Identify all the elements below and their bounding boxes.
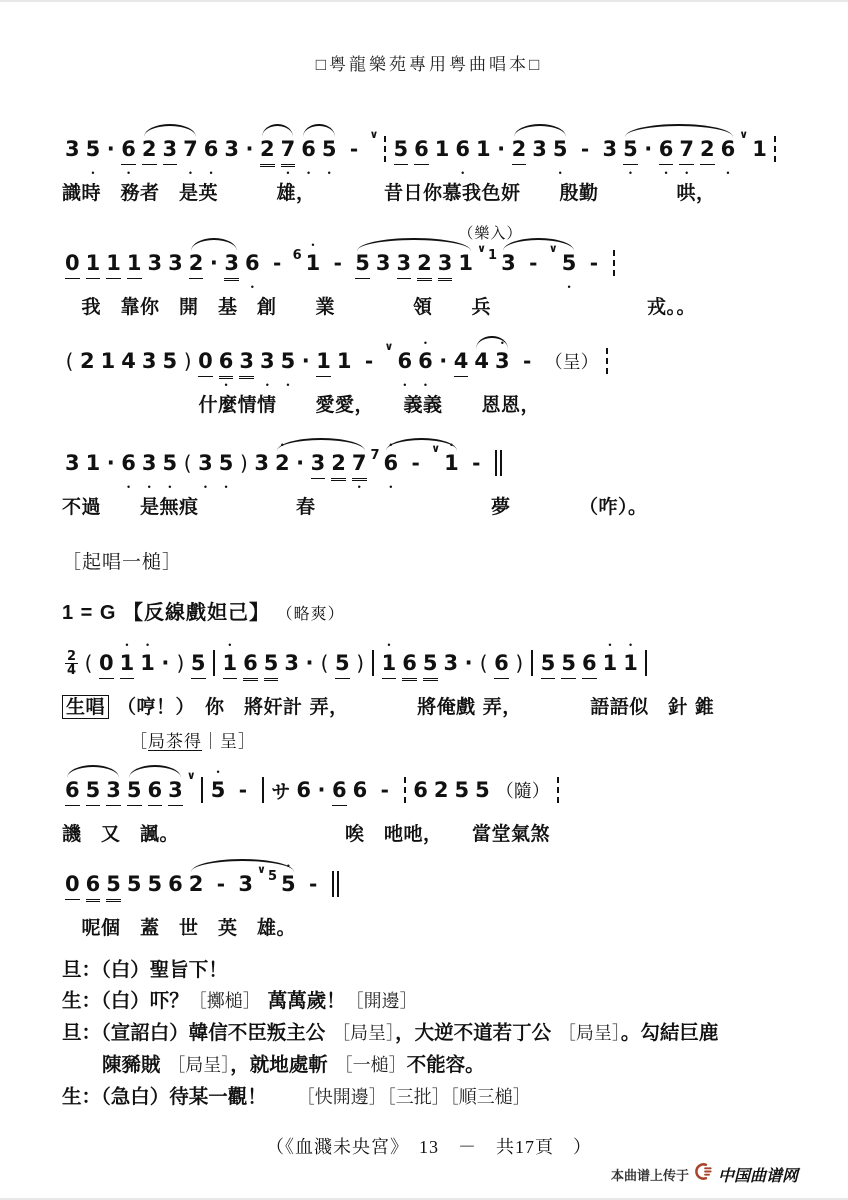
duration-underline bbox=[99, 676, 114, 683]
note: 6 bbox=[332, 767, 347, 820]
slur-group: 6•5• bbox=[298, 126, 339, 179]
octave-dot-below: • bbox=[726, 169, 729, 179]
note-glyph: 1 bbox=[106, 250, 121, 276]
notation-row-7: 0655562-3∨5•5- bbox=[62, 858, 796, 914]
stage-direction: ［快開邊］［三批］［順三槌］ bbox=[306, 1087, 531, 1107]
duration-underline bbox=[603, 676, 618, 683]
duration-underline bbox=[301, 374, 310, 381]
note: 5 bbox=[163, 338, 178, 391]
note: 2 bbox=[80, 338, 95, 391]
dash-note: - bbox=[343, 126, 366, 179]
grace-note: 6 bbox=[293, 237, 302, 280]
octave-dot-below: • bbox=[389, 483, 392, 493]
note: 3 bbox=[148, 240, 163, 293]
note-glyph: 5 bbox=[322, 136, 337, 162]
duration-underline bbox=[176, 676, 185, 683]
music-line-4: 31·6•3•5•(3•5•)3•2·327•7•6•-∨•1- 不過 是無痕 … bbox=[62, 437, 796, 523]
grace-note: 7 bbox=[371, 437, 380, 480]
note-glyph: 6 bbox=[414, 136, 429, 162]
note: 5 bbox=[561, 640, 576, 693]
duration-underline bbox=[549, 261, 558, 268]
octave-dot-below: • bbox=[224, 381, 227, 391]
note-glyph: 7 bbox=[183, 136, 198, 162]
note-glyph: 3 bbox=[224, 250, 239, 276]
note-glyph: 1 bbox=[306, 250, 321, 276]
note: 1 bbox=[476, 126, 491, 179]
duration-underline bbox=[355, 276, 370, 283]
duration-underline bbox=[260, 803, 265, 810]
note-glyph: 3 bbox=[495, 348, 510, 374]
duration-underline bbox=[532, 162, 547, 169]
note: 3 bbox=[284, 640, 299, 693]
note: · bbox=[245, 126, 254, 179]
note: ( bbox=[320, 640, 329, 693]
note-glyph: · bbox=[245, 136, 254, 162]
slur-group: •6•-∨•1 bbox=[381, 440, 462, 493]
watermark-prefix: 本曲谱上传于 bbox=[611, 1165, 689, 1184]
cue2-open: ［ bbox=[130, 732, 148, 751]
duration-underline bbox=[65, 276, 80, 283]
note-glyph: 5 bbox=[163, 348, 178, 374]
duration-underline bbox=[465, 476, 488, 483]
octave-dot-above: • bbox=[311, 240, 314, 250]
note: 1 bbox=[101, 338, 116, 391]
note-glyph: 5 bbox=[86, 777, 101, 803]
note: 6• bbox=[455, 126, 470, 179]
duration-underline bbox=[515, 676, 524, 683]
note-glyph: 6 bbox=[245, 250, 260, 276]
notation-row-1: 35•·6•237•6•3·27•6•5•-∨5616•1·235•-35•·6… bbox=[62, 123, 796, 179]
duration-underline bbox=[316, 374, 331, 381]
inline-cue: （呈） bbox=[545, 338, 599, 391]
duration-underline bbox=[284, 676, 299, 683]
dialogue-line: 旦：（白）聖旨下！ bbox=[62, 954, 796, 985]
duration-underline bbox=[455, 803, 470, 810]
note: · bbox=[106, 440, 115, 493]
note-glyph: 6 bbox=[168, 871, 183, 897]
duration-underline bbox=[530, 676, 535, 683]
duration-underline bbox=[644, 162, 653, 169]
dash-note: - bbox=[358, 338, 381, 391]
cue2-close: ］ bbox=[238, 732, 256, 751]
note: 0 bbox=[198, 338, 213, 391]
role-box-shengchang: 生唱 bbox=[62, 695, 109, 719]
duration-underline bbox=[434, 803, 449, 810]
duration-underline bbox=[121, 374, 136, 381]
note-glyph: 5 bbox=[562, 250, 577, 276]
note-glyph: 0 bbox=[65, 871, 80, 897]
note-glyph: 6 bbox=[121, 450, 136, 476]
music-line-5: 24(0•1•1·)5•1653·(5)•1653·(6)556•1•1 生唱（… bbox=[62, 637, 796, 723]
dashed-barline bbox=[611, 240, 616, 293]
note-glyph: · bbox=[317, 777, 326, 803]
note-glyph: 5 bbox=[355, 250, 370, 276]
stage-direction: ［一槌］ bbox=[335, 1055, 407, 1075]
octave-dot-above: • bbox=[125, 640, 128, 650]
duration-underline bbox=[497, 162, 506, 169]
breath-mark: ∨ bbox=[549, 225, 558, 278]
note: ) bbox=[176, 640, 185, 693]
note-glyph: 6 bbox=[418, 348, 433, 374]
duration-underline bbox=[644, 676, 649, 683]
duration-underline bbox=[335, 676, 350, 683]
duration-underline bbox=[106, 276, 121, 283]
duration-underline bbox=[239, 374, 254, 381]
duration-underline bbox=[65, 374, 74, 381]
octave-dot-below: • bbox=[251, 283, 254, 293]
note-glyph: 2 bbox=[700, 136, 715, 162]
breath-mark: ∨ bbox=[370, 111, 379, 164]
note: · bbox=[301, 338, 310, 391]
inline-cue: （隨） bbox=[496, 767, 550, 820]
octave-dot-above: • bbox=[228, 640, 231, 650]
duration-underline bbox=[168, 897, 183, 904]
note-glyph: 6 bbox=[402, 650, 417, 676]
barline bbox=[644, 640, 649, 693]
duration-underline bbox=[127, 897, 142, 904]
duration-underline bbox=[187, 788, 196, 795]
duration-underline bbox=[80, 374, 95, 381]
note-glyph: 5 bbox=[148, 871, 163, 897]
note-glyph: 7 bbox=[352, 450, 367, 476]
note-glyph: 3 bbox=[168, 777, 183, 803]
note-glyph: 6 bbox=[413, 777, 428, 803]
note-glyph: 6 bbox=[398, 348, 413, 374]
note-glyph: - bbox=[522, 250, 545, 276]
octave-dot-below: • bbox=[685, 169, 688, 179]
duration-underline bbox=[189, 897, 204, 904]
duration-underline bbox=[394, 162, 409, 169]
note: 6• bbox=[121, 440, 136, 493]
note-glyph: 3 bbox=[239, 348, 254, 374]
duration-underline bbox=[343, 162, 366, 169]
octave-dot-below: • bbox=[168, 483, 171, 493]
octave-dot-above: • bbox=[629, 640, 632, 650]
ts-denominator: 4 bbox=[67, 665, 76, 676]
note: 5 bbox=[455, 767, 470, 820]
duration-underline bbox=[183, 476, 192, 483]
barline bbox=[212, 640, 217, 693]
duration-underline bbox=[317, 803, 326, 810]
slur-group: 2·3 bbox=[186, 240, 242, 293]
note-glyph bbox=[383, 136, 388, 162]
note-glyph: 6 bbox=[219, 348, 234, 374]
duration-underline bbox=[574, 162, 597, 169]
duration-underline bbox=[397, 276, 412, 283]
note: · bbox=[497, 126, 506, 179]
duration-underline bbox=[223, 676, 238, 683]
note: 1 bbox=[337, 338, 352, 391]
duration-underline bbox=[331, 897, 341, 904]
note: •1 bbox=[306, 240, 321, 293]
note: ( bbox=[65, 338, 74, 391]
note-glyph: （呈） bbox=[545, 348, 599, 374]
note-glyph: 3 bbox=[260, 348, 275, 374]
note: 5• bbox=[281, 338, 296, 391]
note-glyph: 1 bbox=[435, 136, 450, 162]
note-glyph: 1 bbox=[382, 650, 397, 676]
dashed-barline bbox=[773, 126, 778, 179]
note: 2 bbox=[434, 767, 449, 820]
note-glyph: 5 bbox=[475, 777, 490, 803]
duration-underline bbox=[200, 803, 205, 810]
duration-underline bbox=[444, 676, 459, 683]
dash-note: - bbox=[465, 440, 488, 493]
breath-mark: ∨ bbox=[257, 846, 266, 899]
note: 4 bbox=[121, 338, 136, 391]
dashed-barline bbox=[605, 338, 610, 391]
note-glyph: 6 bbox=[353, 777, 368, 803]
note: 6 bbox=[243, 640, 258, 693]
note: 3• bbox=[198, 440, 213, 493]
spoken-text: （白）聖旨下！ bbox=[101, 958, 228, 981]
note-glyph: ) bbox=[176, 650, 185, 676]
duration-underline bbox=[370, 147, 379, 154]
note-glyph: 2 bbox=[80, 348, 95, 374]
duration-underline bbox=[439, 374, 448, 381]
final-barline bbox=[494, 440, 504, 493]
spoken-text: 萬萬歲！ bbox=[261, 989, 346, 1012]
note-glyph bbox=[371, 650, 376, 676]
note: · bbox=[106, 126, 115, 179]
duration-underline bbox=[541, 676, 556, 683]
note: 1 bbox=[435, 126, 450, 179]
note-glyph: · bbox=[296, 450, 305, 476]
duration-underline bbox=[458, 276, 473, 283]
note-glyph: · bbox=[301, 348, 310, 374]
cue2-rest: 呈 bbox=[220, 732, 238, 751]
note-glyph: 5 bbox=[268, 868, 277, 884]
note-glyph: · bbox=[209, 250, 218, 276]
note: ( bbox=[84, 640, 93, 693]
watermark-site-name: 中国曲谱网 bbox=[718, 1163, 798, 1186]
note-glyph: 1 bbox=[444, 450, 459, 476]
duration-underline bbox=[454, 374, 469, 381]
note: · bbox=[439, 338, 448, 391]
note-glyph: 7 bbox=[679, 136, 694, 162]
duration-underline bbox=[385, 359, 394, 366]
duration-underline bbox=[163, 162, 178, 169]
note-glyph: 0 bbox=[99, 650, 114, 676]
note: 6• bbox=[121, 126, 136, 179]
note: ) bbox=[239, 440, 248, 493]
note: 6 bbox=[168, 861, 183, 914]
note: · bbox=[464, 640, 473, 693]
note: 6 bbox=[494, 640, 509, 693]
cue2-underlined: 局茶得 bbox=[148, 732, 202, 751]
note: 6• bbox=[219, 338, 234, 391]
tune-name: 【反線戲妲己】 bbox=[123, 602, 270, 624]
music-line-6: 653563∨•5-サ6·66-6255（隨） 譏 又 諷。 唉 吔吔， 當堂氣… bbox=[62, 764, 796, 850]
note: 5 bbox=[335, 640, 350, 693]
octave-dot-above: • bbox=[424, 338, 427, 348]
note: 3 bbox=[239, 338, 254, 391]
duration-underline bbox=[140, 676, 155, 683]
note-glyph: 3 bbox=[532, 136, 547, 162]
notation-row-4: 31·6•3•5•(3•5•)3•2·327•7•6•-∨•1- bbox=[62, 437, 796, 493]
note-glyph: 3 bbox=[142, 450, 157, 476]
note-glyph: 1 bbox=[120, 650, 135, 676]
note-glyph: ∨ bbox=[257, 856, 266, 882]
duration-underline bbox=[501, 276, 516, 283]
note-glyph: 6 bbox=[659, 136, 674, 162]
duration-underline bbox=[423, 676, 438, 683]
note-glyph: · bbox=[305, 650, 314, 676]
note: •5 bbox=[211, 767, 226, 820]
duration-underline bbox=[605, 374, 610, 381]
note-glyph: 1 bbox=[488, 247, 497, 263]
duration-underline bbox=[522, 276, 545, 283]
barline bbox=[371, 640, 376, 693]
octave-dot-below: • bbox=[424, 381, 427, 391]
note-glyph: ) bbox=[356, 650, 365, 676]
note-glyph: 3 bbox=[142, 348, 157, 374]
duration-underline bbox=[271, 803, 290, 810]
note-glyph: 6 bbox=[243, 650, 258, 676]
note-glyph: 3 bbox=[284, 650, 299, 676]
duration-underline bbox=[106, 476, 115, 483]
dialogue-line: 生：（急白）待某一觀！ ［快開邊］［三批］［順三槌］ bbox=[62, 1081, 796, 1113]
duration-underline bbox=[311, 476, 326, 483]
note-glyph: ( bbox=[183, 450, 192, 476]
duration-underline bbox=[281, 897, 296, 904]
note-glyph: 2 bbox=[275, 450, 290, 476]
note-glyph: · bbox=[439, 348, 448, 374]
duration-underline bbox=[371, 463, 380, 470]
duration-underline bbox=[191, 676, 206, 683]
note-glyph: 3 bbox=[311, 450, 326, 476]
time-signature: 24 bbox=[65, 640, 78, 693]
dash-note: - bbox=[582, 240, 605, 293]
octave-dot-below: • bbox=[559, 169, 562, 179]
spoken-text: 陳豨賊 bbox=[102, 1053, 167, 1076]
music-line-1: 35•·6•237•6•3·27•6•5•-∨5616•1·235•-35•·6… bbox=[62, 123, 796, 209]
dash-note: - bbox=[231, 767, 254, 820]
note-glyph: 5 bbox=[423, 650, 438, 676]
duration-underline bbox=[296, 476, 305, 483]
note-glyph: サ bbox=[271, 777, 290, 803]
note-glyph: 2 bbox=[142, 136, 157, 162]
note-glyph: 1 bbox=[223, 650, 238, 676]
duration-underline bbox=[305, 676, 314, 683]
duration-underline bbox=[382, 676, 397, 683]
note-glyph: 3 bbox=[603, 136, 618, 162]
duration-underline bbox=[65, 897, 80, 904]
note: 5 bbox=[191, 640, 206, 693]
slur-arc bbox=[357, 238, 471, 251]
note-glyph: 3 bbox=[198, 450, 213, 476]
duration-underline bbox=[603, 162, 618, 169]
ts-numerator: 2 bbox=[67, 651, 76, 662]
note: 6• bbox=[398, 338, 413, 391]
stage-direction: ［局呈］ bbox=[167, 1055, 230, 1075]
note: 5• bbox=[163, 440, 178, 493]
note: 1 bbox=[86, 440, 101, 493]
duration-underline bbox=[356, 676, 365, 683]
octave-dot-below: • bbox=[266, 381, 269, 391]
note-glyph: 1 bbox=[101, 348, 116, 374]
stage-direction: ［局呈］ bbox=[558, 1023, 621, 1043]
duration-underline bbox=[306, 276, 321, 283]
duration-underline bbox=[331, 476, 346, 483]
note-glyph: 6 bbox=[296, 777, 311, 803]
duration-underline bbox=[332, 803, 347, 810]
note-glyph: 6 bbox=[204, 136, 219, 162]
note-glyph: · bbox=[161, 650, 170, 676]
duration-underline bbox=[402, 676, 417, 683]
note: ( bbox=[183, 440, 192, 493]
slur-group: 653 bbox=[62, 767, 124, 820]
duration-underline bbox=[371, 676, 376, 683]
duration-underline bbox=[168, 276, 183, 283]
duration-underline bbox=[212, 676, 217, 683]
note: 5 bbox=[423, 640, 438, 693]
duration-underline bbox=[268, 884, 277, 891]
duration-underline bbox=[127, 276, 142, 283]
note: 3• bbox=[260, 338, 275, 391]
duration-underline bbox=[337, 374, 352, 381]
dash-note: - bbox=[516, 338, 539, 391]
duration-underline bbox=[127, 803, 142, 810]
note: •1 bbox=[623, 640, 638, 693]
note: 6 bbox=[86, 861, 101, 914]
duration-underline bbox=[582, 676, 597, 683]
footer-page-info: （《血濺未央宮》 13 － 共17頁 ） bbox=[62, 1133, 796, 1159]
note-glyph: 1 bbox=[623, 650, 638, 676]
duration-underline bbox=[168, 803, 183, 810]
note-glyph: 0 bbox=[198, 348, 213, 374]
note-glyph: 3 bbox=[376, 250, 391, 276]
note-glyph: - bbox=[516, 348, 539, 374]
note-glyph: - bbox=[266, 250, 289, 276]
octave-dot-below: • bbox=[307, 169, 310, 179]
duration-underline bbox=[494, 476, 504, 483]
duration-underline bbox=[444, 476, 459, 483]
duration-underline bbox=[142, 374, 157, 381]
octave-dot-below: • bbox=[286, 381, 289, 391]
note-glyph: 5 bbox=[127, 777, 142, 803]
note-glyph: · bbox=[106, 450, 115, 476]
note-glyph bbox=[611, 250, 616, 276]
octave-dot-above: • bbox=[608, 640, 611, 650]
note: ) bbox=[356, 640, 365, 693]
note-glyph: 5 bbox=[264, 650, 279, 676]
duration-underline bbox=[556, 803, 561, 810]
note-glyph: 6 bbox=[293, 247, 302, 263]
slur-group: •2·327• bbox=[272, 440, 370, 493]
note-glyph: 5 bbox=[219, 450, 234, 476]
note-glyph: - bbox=[209, 871, 232, 897]
duration-underline bbox=[238, 897, 253, 904]
duration-underline bbox=[293, 263, 302, 270]
music-line-2: （樂入） 0111332·36•-6•1-533231∨13-∨5•- 我 靠你… bbox=[62, 237, 796, 323]
note-glyph: 1 bbox=[86, 450, 101, 476]
note-glyph: 2 bbox=[260, 136, 275, 162]
notation-row-6: 653563∨•5-サ6·66-6255（隨） bbox=[62, 764, 796, 820]
duration-underline bbox=[243, 676, 258, 683]
note-glyph: 2 bbox=[189, 871, 204, 897]
slur-arc bbox=[191, 859, 294, 872]
note: •1 bbox=[223, 640, 238, 693]
note: 5 bbox=[394, 126, 409, 179]
stage-direction: ［擲槌］ bbox=[189, 991, 261, 1011]
duration-underline bbox=[84, 676, 93, 683]
note-glyph: - bbox=[343, 136, 366, 162]
note-glyph: 6 bbox=[384, 450, 399, 476]
duration-underline bbox=[106, 803, 121, 810]
duration-underline bbox=[264, 676, 279, 683]
note-glyph bbox=[605, 348, 610, 374]
